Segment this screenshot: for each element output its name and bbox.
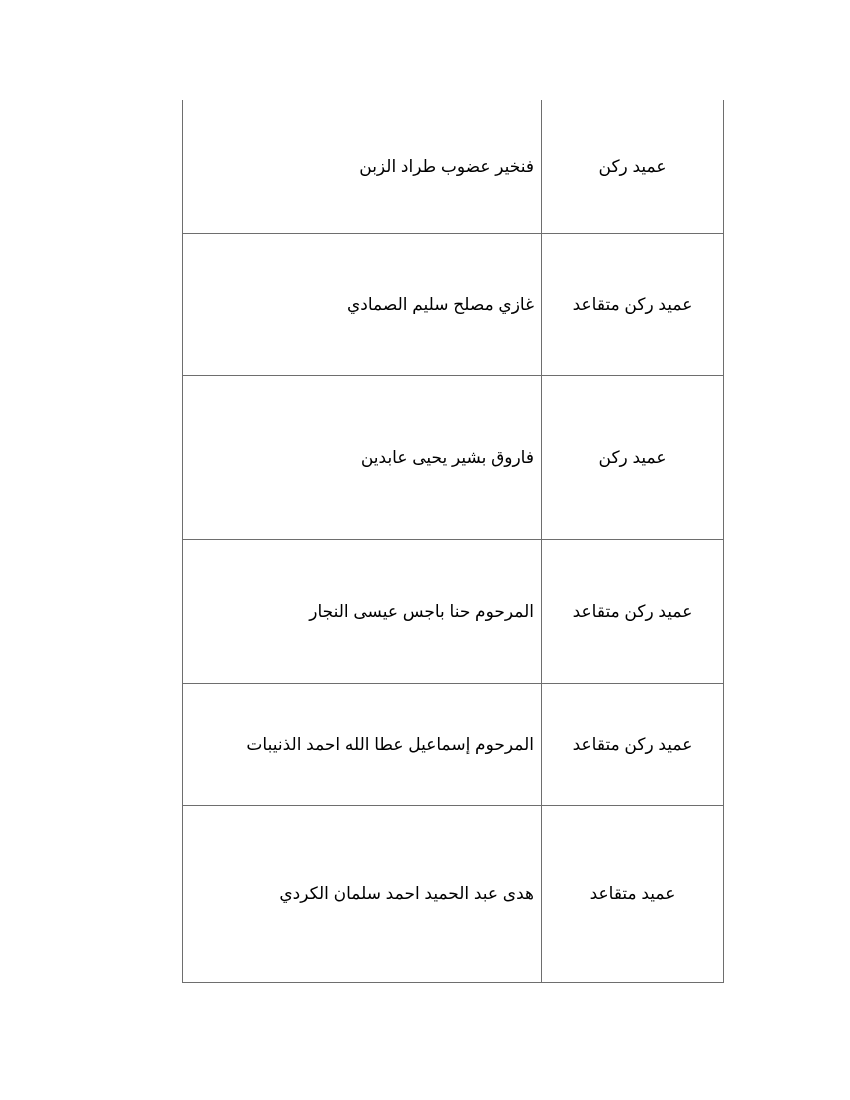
- name-cell: المرحوم إسماعيل عطا الله احمد الذنيبات: [182, 684, 541, 805]
- rank-cell: عميد ركن: [541, 376, 724, 539]
- rank-cell: عميد ركن: [541, 100, 724, 233]
- officers-table: عميد ركن فنخير عضوب طراد الزبن عميد ركن …: [182, 100, 724, 983]
- rank-cell: عميد ركن متقاعد: [541, 684, 724, 805]
- rank-cell: عميد متقاعد: [541, 806, 724, 982]
- rank-cell: عميد ركن متقاعد: [541, 540, 724, 683]
- rank-cell: عميد ركن متقاعد: [541, 234, 724, 375]
- table-row: عميد ركن فنخير عضوب طراد الزبن: [182, 100, 724, 234]
- name-cell: المرحوم حنا باجس عيسى النجار: [182, 540, 541, 683]
- table-row: عميد متقاعد هدى عبد الحميد احمد سلمان ال…: [182, 806, 724, 983]
- table-row: عميد ركن متقاعد المرحوم حنا باجس عيسى ال…: [182, 540, 724, 684]
- table-row: عميد ركن فاروق بشير يحيى عابدين: [182, 376, 724, 540]
- name-cell: غازي مصلح سليم الصمادي: [182, 234, 541, 375]
- name-cell: فنخير عضوب طراد الزبن: [182, 100, 541, 233]
- name-cell: فاروق بشير يحيى عابدين: [182, 376, 541, 539]
- table-row: عميد ركن متقاعد المرحوم إسماعيل عطا الله…: [182, 684, 724, 806]
- name-cell: هدى عبد الحميد احمد سلمان الكردي: [182, 806, 541, 982]
- table-row: عميد ركن متقاعد غازي مصلح سليم الصمادي: [182, 234, 724, 376]
